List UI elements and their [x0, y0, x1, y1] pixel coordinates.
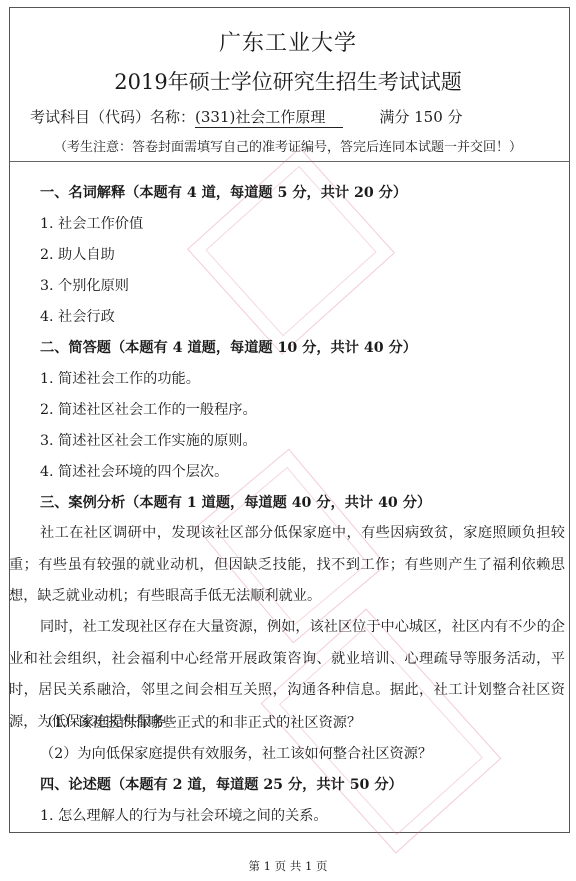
- section-heading-4: 四、论述题（本题有 2 道，每道题 25 分，共计 50 分）: [40, 774, 403, 794]
- subject-line: 考试科目（代码）名称：(331)社会工作原理满分 150 分: [30, 106, 463, 128]
- section-heading-3: 三、案例分析（本题有 1 道题，每道题 40 分，共计 40 分）: [40, 492, 431, 512]
- case-question: （1）该社区内有哪些正式的和非正式的社区资源？: [40, 712, 361, 732]
- question-item: 1. 社会工作价值: [40, 213, 143, 233]
- subject-label: 考试科目（代码）名称：: [30, 108, 195, 126]
- section-heading-1: 一、名词解释（本题有 4 道，每道题 5 分，共计 20 分）: [40, 182, 407, 202]
- question-item: 2. 简述社区社会工作的一般程序。: [40, 399, 257, 419]
- question-item: 4. 简述社会环境的四个层次。: [40, 461, 228, 481]
- exam-title: 2019年硕士学位研究生招生考试试题: [0, 66, 576, 96]
- university-name: 广东工业大学: [0, 26, 576, 57]
- question-item: 4. 社会行政: [40, 306, 115, 326]
- question-item: 2. 助人自助: [40, 244, 115, 264]
- candidate-notice: （考生注意：答卷封面需填写自己的准考证编号，答完后连同本试题一并交回！）: [0, 136, 576, 155]
- full-score: 满分 150 分: [379, 108, 462, 126]
- question-item: 3. 简述社区社会工作实施的原则。: [40, 430, 257, 450]
- case-paragraph: 社工在社区调研中，发现该社区部分低保家庭中，有些因病致贫，家庭照顾负担较重；有些…: [9, 518, 565, 613]
- page-indicator: 第 1 页 共 1 页: [0, 858, 576, 874]
- header-divider: [9, 161, 570, 162]
- subject-value: (331)社会工作原理: [195, 106, 343, 128]
- section-heading-2: 二、简答题（本题有 4 道题，每道题 10 分，共计 40 分）: [40, 337, 417, 357]
- question-item: 1. 怎么理解人的行为与社会环境之间的关系。: [40, 805, 328, 825]
- question-item: 1. 简述社会工作的功能。: [40, 368, 200, 388]
- question-item: 3. 个别化原则: [40, 275, 129, 295]
- case-question: （2）为向低保家庭提供有效服务，社工该如何整合社区资源？: [40, 743, 432, 763]
